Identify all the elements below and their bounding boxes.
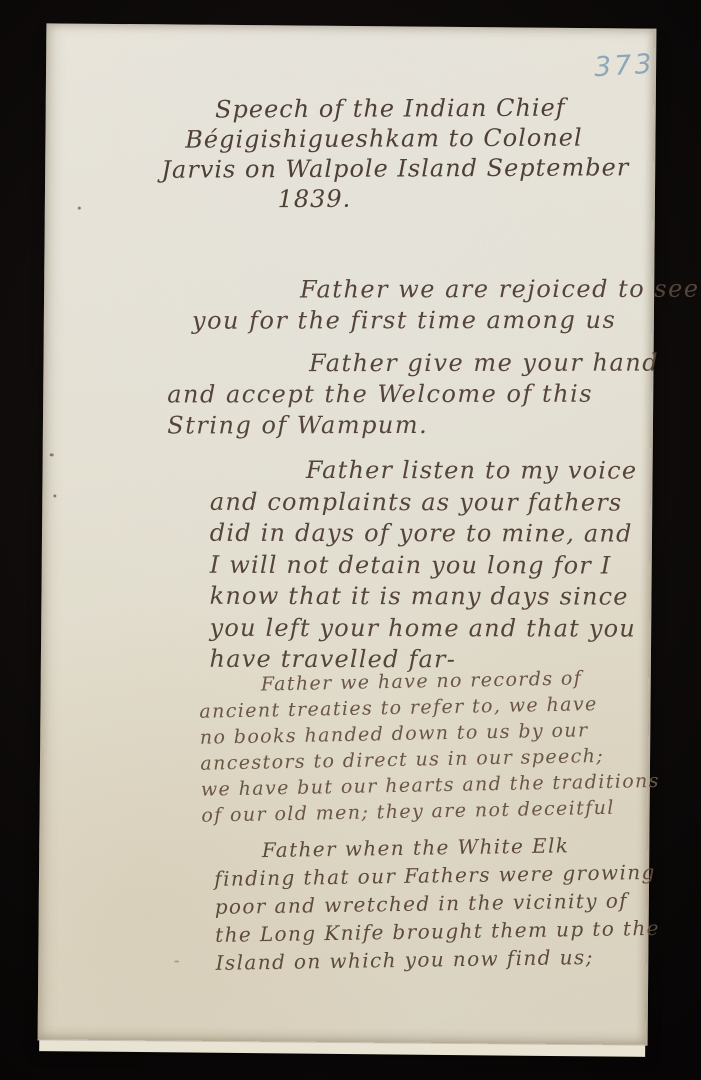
heading-line: Speech of the Indian Chief [45, 92, 651, 125]
heading-line: 1839. [45, 182, 651, 215]
paper-speck [50, 453, 54, 456]
manuscript-line: and complaints as your fathers [210, 486, 648, 518]
manuscript-line: you left your home and that you [210, 612, 648, 644]
paragraph-3: Father listen to my voice and complaints… [210, 455, 648, 676]
manuscript-line: Island on which you now find us; [215, 942, 645, 977]
manuscript-line: did in days of yore to mine, and [210, 518, 648, 550]
manuscript-line: you for the first time among us [192, 305, 650, 337]
manuscript-line: Father we are rejoiced to see [192, 274, 650, 306]
manuscript-line: know that it is many days since [210, 581, 648, 613]
manuscript-line: String of Wampum. [167, 410, 649, 442]
paper-speck [53, 494, 56, 497]
paper-speck [174, 961, 179, 963]
scan-background: 373 Speech of the Indian Chief Bégigishi… [0, 0, 701, 1080]
paragraph-2: Father give me your hand and accept the … [167, 348, 649, 442]
paper-speck [78, 207, 81, 210]
folio-page-number: 373 [593, 49, 655, 84]
paragraph-4: Father we have no records of ancient tre… [199, 664, 648, 829]
heading-line: Jarvis on Walpole Island September [45, 152, 651, 185]
manuscript-line: Father give me your hand [167, 348, 649, 380]
manuscript-page: 373 Speech of the Indian Chief Bégigishi… [38, 23, 657, 1045]
manuscript-heading: Speech of the Indian Chief Bégigishigues… [45, 92, 652, 215]
paragraph-1: Father we are rejoiced to see you for th… [192, 274, 650, 337]
manuscript-line: Father listen to my voice [210, 455, 648, 487]
paragraph-5: Father when the White Elk finding that o… [214, 830, 646, 977]
manuscript-line: and accept the Welcome of this [167, 379, 649, 411]
heading-line: Bégigishigueshkam to Colonel [45, 122, 651, 155]
manuscript-line: I will not detain you long for I [210, 549, 648, 581]
